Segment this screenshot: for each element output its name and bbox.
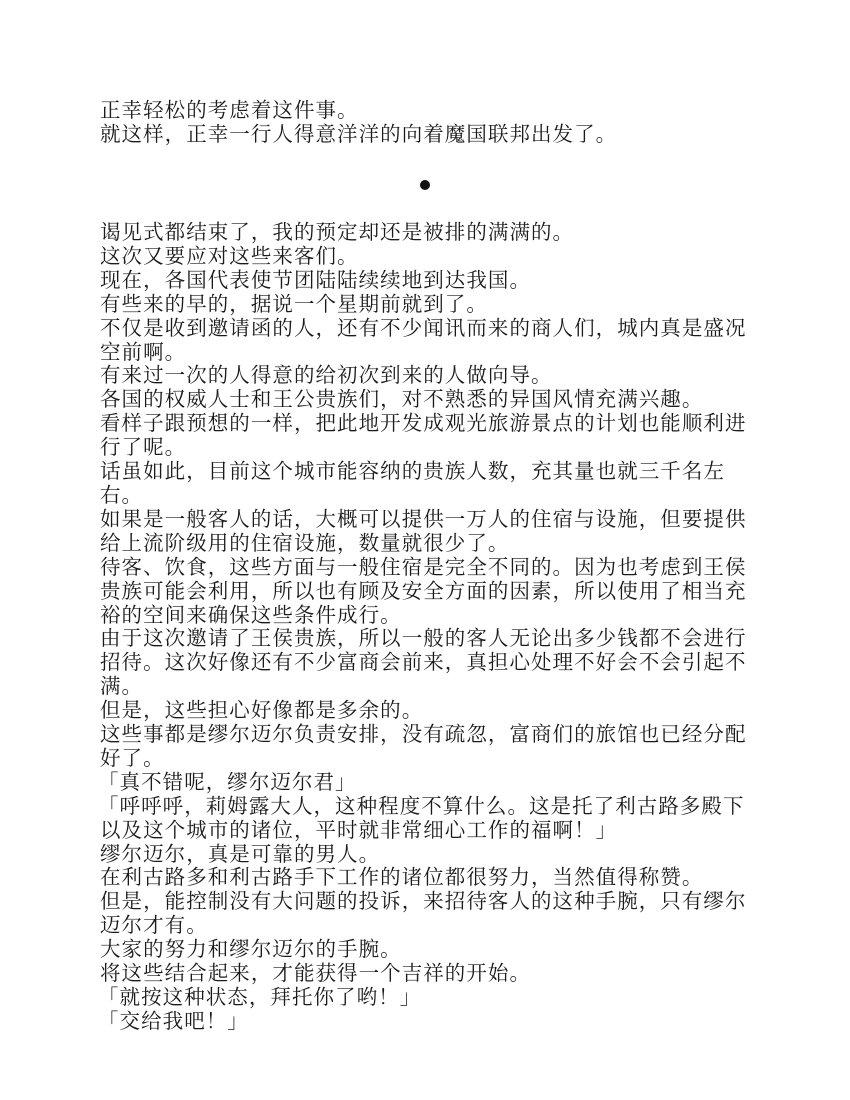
paragraph: 缪尔迈尔，真是可靠的男人。 [100,843,760,867]
paragraph: 在利古路多和利古路手下工作的诸位都很努力，当然值得称赞。 [100,866,760,890]
paragraph: 这些事都是缪尔迈尔负责安排，没有疏忽，富商们的旅馆也已经分配好了。 [100,723,760,771]
paragraph: 这次又要应对这些来客们。 [100,245,760,269]
text-section-1: 正幸轻松的考虑着这件事。 就这样，正幸一行人得意洋洋的向着魔国联邦出发了。 [100,99,760,147]
bullet-dot-icon [420,180,430,190]
dialogue-line: 「就按这种状态，拜托你了哟！」 [100,986,760,1010]
paragraph: 现在，各国代表使节团陆陆续续地到达我国。 [100,269,760,293]
paragraph: 话虽如此，目前这个城市能容纳的贵族人数，充其量也就三千名左右。 [100,460,760,508]
paragraph: 不仅是收到邀请函的人，还有不少闻讯而来的商人们，城内真是盛况空前啊。 [100,317,760,365]
paragraph: 有来过一次的人得意的给初次到来的人做向导。 [100,364,760,388]
paragraph: 但是，这些担心好像都是多余的。 [100,699,760,723]
document-page: 正幸轻松的考虑着这件事。 就这样，正幸一行人得意洋洋的向着魔国联邦出发了。 谒见… [0,0,850,1100]
paragraph: 各国的权威人士和王公贵族们，对不熟悉的异国风情充满兴趣。 [100,388,760,412]
paragraph: 大家的努力和缪尔迈尔的手腕。 [100,938,760,962]
dialogue-line: 「交给我吧！」 [100,1010,760,1034]
paragraph: 如果是一般客人的话，大概可以提供一万人的住宿与设施，但要提供给上流阶级用的住宿设… [100,508,760,556]
dialogue-line: 「呼呼呼，莉姆露大人，这种程度不算什么。这是托了利古路多殿下以及这个城市的诸位，… [100,795,760,843]
dialogue-line: 「真不错呢，缪尔迈尔君」 [100,771,760,795]
paragraph: 看样子跟预想的一样，把此地开发成观光旅游景点的计划也能顺利进行了呢。 [100,412,760,460]
paragraph: 将这些结合起来，才能获得一个吉祥的开始。 [100,962,760,986]
paragraph: 待客、饮食，这些方面与一般住宿是完全不同的。因为也考虑到王侯贵族可能会利用，所以… [100,556,760,628]
paragraph: 正幸轻松的考虑着这件事。 [100,99,760,123]
paragraph: 有些来的早的，据说一个星期前就到了。 [100,293,760,317]
paragraph: 但是，能控制没有大问题的投诉，来招待客人的这种手腕，只有缪尔迈尔才有。 [100,890,760,938]
text-section-2: 谒见式都结束了，我的预定却还是被排的满满的。 这次又要应对这些来客们。 现在，各… [100,221,760,1034]
paragraph: 由于这次邀请了王侯贵族，所以一般的客人无论出多少钱都不会进行招待。这次好像还有不… [100,627,760,699]
paragraph: 谒见式都结束了，我的预定却还是被排的满满的。 [100,221,760,245]
paragraph: 就这样，正幸一行人得意洋洋的向着魔国联邦出发了。 [100,123,760,147]
